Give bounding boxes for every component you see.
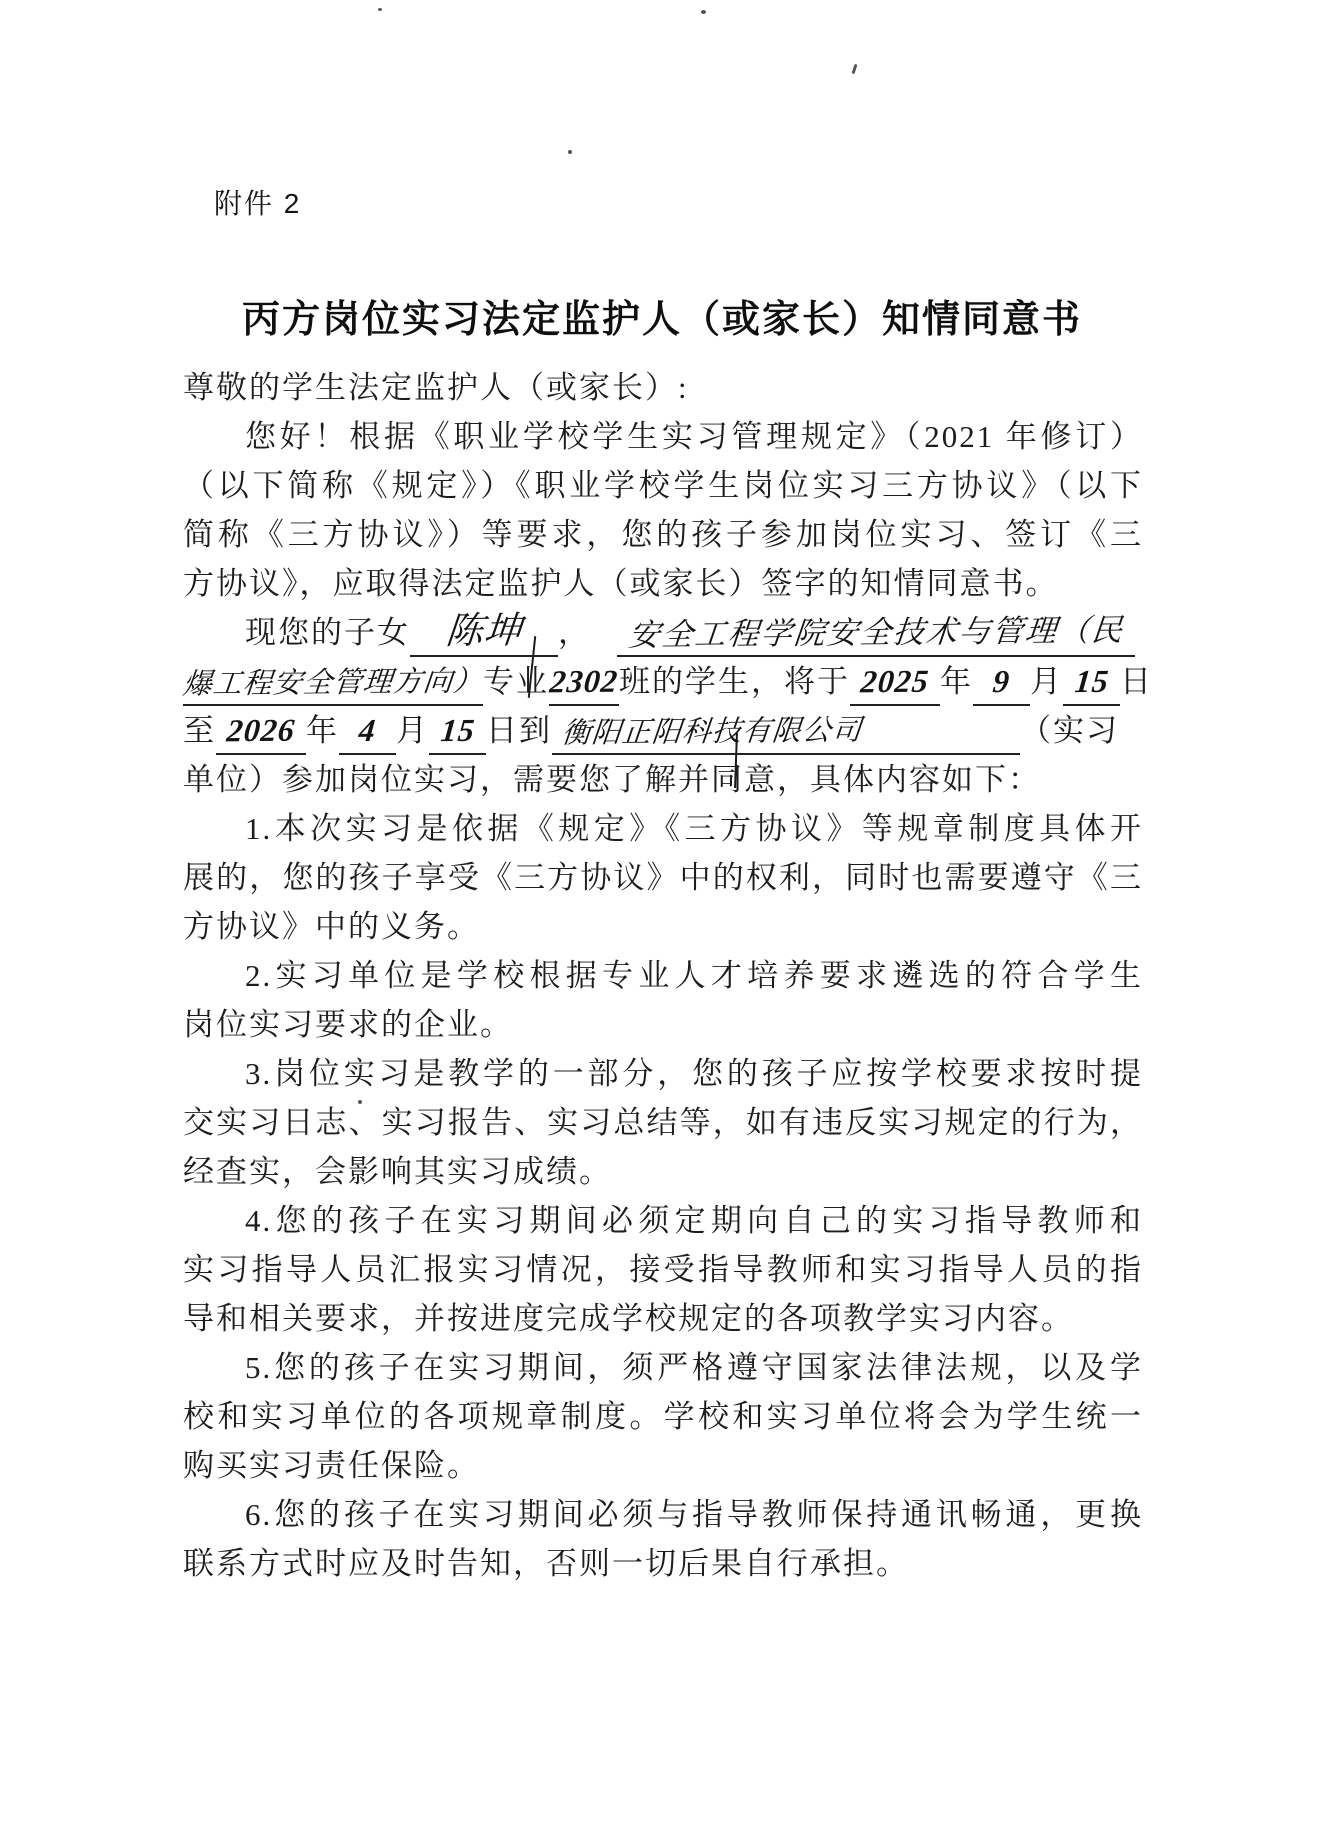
terms-section: 1.本次实习是依据《规定》《三方协议》等规章制度具体开 展的，您的孩子享受《三方… xyxy=(183,804,1143,1588)
class-number-blank: 2302 xyxy=(549,659,619,706)
intro-line: 您好！根据《职业学校学生实习管理规定》（2021 年修订） xyxy=(183,412,1143,461)
scan-speck xyxy=(852,64,858,74)
major-blank-part2: 爆工程安全管理方向） xyxy=(183,659,483,706)
terms-line: 1.本次实习是依据《规定》《三方协议》等规章制度具体开 xyxy=(183,804,1143,853)
child-name-handwriting: 陈坤 xyxy=(444,610,524,655)
range-to: 至 xyxy=(183,713,216,748)
salutation: 尊敬的学生法定监护人（或家长）: xyxy=(183,363,1143,412)
end-month-handwriting: 4 xyxy=(357,708,378,752)
start-month-blank: 9 xyxy=(973,659,1030,706)
fill-closing-line: 单位）参加岗位实习，需要您了解并同意，具体内容如下： xyxy=(183,755,1143,804)
year-unit: 年 xyxy=(940,664,973,699)
end-year-blank: 2026 xyxy=(216,708,306,755)
terms-line: 经查实，会影响其实习成绩。 xyxy=(183,1147,1143,1196)
start-year-blank: 2025 xyxy=(850,659,940,706)
end-year-handwriting: 2026 xyxy=(225,708,297,753)
terms-line: 交实习日志、实习报告、实习总结等，如有违反实习规定的行为， xyxy=(183,1098,1143,1147)
intro-line: （以下简称《规定》）《职业学校学生岗位实习三方协议》（以下 xyxy=(183,461,1143,510)
terms-line: 6.您的孩子在实习期间必须与指导教师保持通讯畅通，更换 xyxy=(183,1490,1143,1539)
terms-line: 导和相关要求，并按进度完成学校规定的各项教学实习内容。 xyxy=(183,1294,1143,1343)
fill-line-end-date-company: 至2026年4月15日到衡阳正阳科技有限公司（实习 xyxy=(183,706,1143,755)
terms-line: 3.岗位实习是教学的一部分，您的孩子应按学校要求按时提 xyxy=(183,1049,1143,1098)
start-day-handwriting: 15 xyxy=(1072,659,1110,703)
terms-line: 联系方式时应及时告知，否则一切后果自行承担。 xyxy=(183,1539,1143,1588)
terms-line: 实习指导人员汇报实习情况，接受指导教师和实习指导人员的指 xyxy=(183,1245,1143,1294)
separator: ， xyxy=(558,615,591,650)
end-day-blank: 15 xyxy=(429,708,486,755)
terms-line: 岗位实习要求的企业。 xyxy=(183,1000,1143,1049)
month-unit: 月 xyxy=(396,713,429,748)
major-handwriting-part2: 爆工程安全管理方向） xyxy=(181,659,485,706)
terms-line: 4.您的孩子在实习期间必须定期向自己的实习指导教师和 xyxy=(183,1196,1143,1245)
end-month-blank: 4 xyxy=(339,708,396,755)
document-title: 丙方岗位实习法定监护人（或家长）知情同意书 xyxy=(0,288,1324,343)
scanned-consent-document: 附件 2 丙方岗位实习法定监护人（或家长）知情同意书 尊敬的学生法定监护人（或家… xyxy=(0,0,1324,1839)
after-company-text: （实习 xyxy=(1020,713,1119,748)
start-month-handwriting: 9 xyxy=(991,659,1012,703)
scan-speck xyxy=(378,8,382,11)
fill-line-child: 现您的子女陈坤，安全工程学院安全技术与管理（民 xyxy=(183,608,1143,657)
scan-speck xyxy=(701,10,706,14)
day-to-unit: 日到 xyxy=(486,713,552,748)
start-day-blank: 15 xyxy=(1063,659,1120,706)
company-handwriting: 衡阳正阳科技有限公司 xyxy=(560,708,864,755)
major-blank-part1: 安全工程学院安全技术与管理（民 xyxy=(617,610,1135,657)
scan-speck xyxy=(568,150,572,154)
month-unit: 月 xyxy=(1030,664,1063,699)
fill-prefix: 现您的子女 xyxy=(245,615,410,650)
fill-line-major-class-date: 爆工程安全管理方向）专业2302班的学生，将于2025年9月15日 xyxy=(183,657,1143,706)
terms-line: 校和实习单位的各项规章制度。学校和实习单位将会为学生统一 xyxy=(183,1392,1143,1441)
child-name-blank: 陈坤 xyxy=(410,610,558,657)
terms-line: 购买实习责任保险。 xyxy=(183,1441,1143,1490)
document-body: 尊敬的学生法定监护人（或家长）: 您好！根据《职业学校学生实习管理规定》（202… xyxy=(183,363,1143,1588)
major-handwriting-part1: 安全工程学院安全技术与管理（民 xyxy=(626,608,1126,657)
company-blank: 衡阳正阳科技有限公司 xyxy=(552,708,1020,755)
terms-line: 5.您的孩子在实习期间，须严格遵守国家法律法规，以及学 xyxy=(183,1343,1143,1392)
day-unit: 日 xyxy=(1120,664,1153,699)
terms-line: 2.实习单位是学校根据专业人才培养要求遴选的符合学生 xyxy=(183,951,1143,1000)
year-unit: 年 xyxy=(306,713,339,748)
class-number-handwriting: 2302 xyxy=(548,659,620,704)
terms-line: 方协议》中的义务。 xyxy=(183,902,1143,951)
intro-line: 简称《三方协议》）等要求，您的孩子参加岗位实习、签订《三 xyxy=(183,510,1143,559)
terms-line: 展的，您的孩子享受《三方协议》中的权利，同时也需要遵守《三 xyxy=(183,853,1143,902)
end-day-handwriting: 15 xyxy=(438,708,476,752)
intro-paragraph: 您好！根据《职业学校学生实习管理规定》（2021 年修订） （以下简称《规定》）… xyxy=(183,412,1143,608)
attachment-label: 附件 2 xyxy=(214,182,301,222)
intro-line: 方协议》，应取得法定监护人（或家长）签字的知情同意书。 xyxy=(183,559,1143,608)
major-label: 专业 xyxy=(483,664,549,699)
after-class-text: 班的学生，将于 xyxy=(619,664,850,699)
start-year-handwriting: 2025 xyxy=(859,659,931,704)
